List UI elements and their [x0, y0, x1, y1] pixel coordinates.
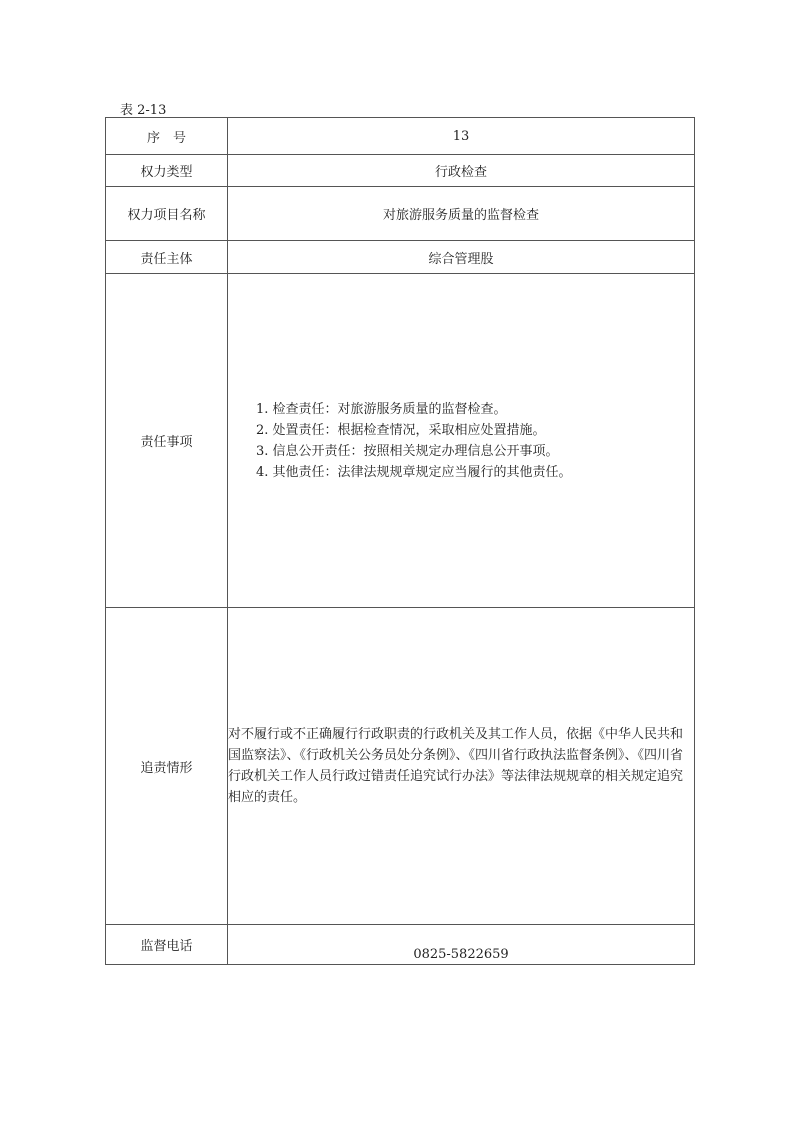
list-item: 2. 处置责任：根据检查情况，采取相应处置措施。 [256, 420, 694, 441]
subject-label: 责任主体 [106, 241, 228, 274]
accountability-value: 对不履行或不正确履行行政职责的行政机关及其工作人员，依据《中华人民共和国监察法》… [228, 608, 695, 925]
phone-value: 0825-5822659 [228, 925, 695, 965]
responsibilities-value: 1. 检查责任：对旅游服务质量的监督检查。 2. 处置责任：根据检查情况，采取相… [228, 274, 695, 608]
table-caption: 表 2-13 [120, 99, 166, 118]
item-name-label: 权力项目名称 [106, 187, 228, 241]
table-row-item-name: 权力项目名称 对旅游服务质量的监督检查 [106, 187, 695, 241]
responsibilities-list: 1. 检查责任：对旅游服务质量的监督检查。 2. 处置责任：根据检查情况，采取相… [228, 399, 694, 483]
item-name-value: 对旅游服务质量的监督检查 [228, 187, 695, 241]
table-row-subject: 责任主体 综合管理股 [106, 241, 695, 274]
table-row-serial: 序 号 13 [106, 118, 695, 155]
list-item: 3. 信息公开责任：按照相关规定办理信息公开事项。 [256, 441, 694, 462]
power-item-table: 序 号 13 权力类型 行政检查 权力项目名称 对旅游服务质量的监督检查 责任主… [105, 117, 695, 965]
table-row-responsibilities: 责任事项 1. 检查责任：对旅游服务质量的监督检查。 2. 处置责任：根据检查情… [106, 274, 695, 608]
list-item: 4. 其他责任：法律法规规章规定应当履行的其他责任。 [256, 462, 694, 483]
accountability-label: 追责情形 [106, 608, 228, 925]
responsibilities-label: 责任事项 [106, 274, 228, 608]
phone-label: 监督电话 [106, 925, 228, 965]
subject-value: 综合管理股 [228, 241, 695, 274]
serial-value: 13 [228, 118, 695, 155]
power-type-value: 行政检查 [228, 155, 695, 187]
list-item: 1. 检查责任：对旅游服务质量的监督检查。 [256, 399, 694, 420]
table-row-phone: 监督电话 0825-5822659 [106, 925, 695, 965]
power-type-label: 权力类型 [106, 155, 228, 187]
table-row-accountability: 追责情形 对不履行或不正确履行行政职责的行政机关及其工作人员，依据《中华人民共和… [106, 608, 695, 925]
table-row-power-type: 权力类型 行政检查 [106, 155, 695, 187]
serial-label: 序 号 [106, 118, 228, 155]
